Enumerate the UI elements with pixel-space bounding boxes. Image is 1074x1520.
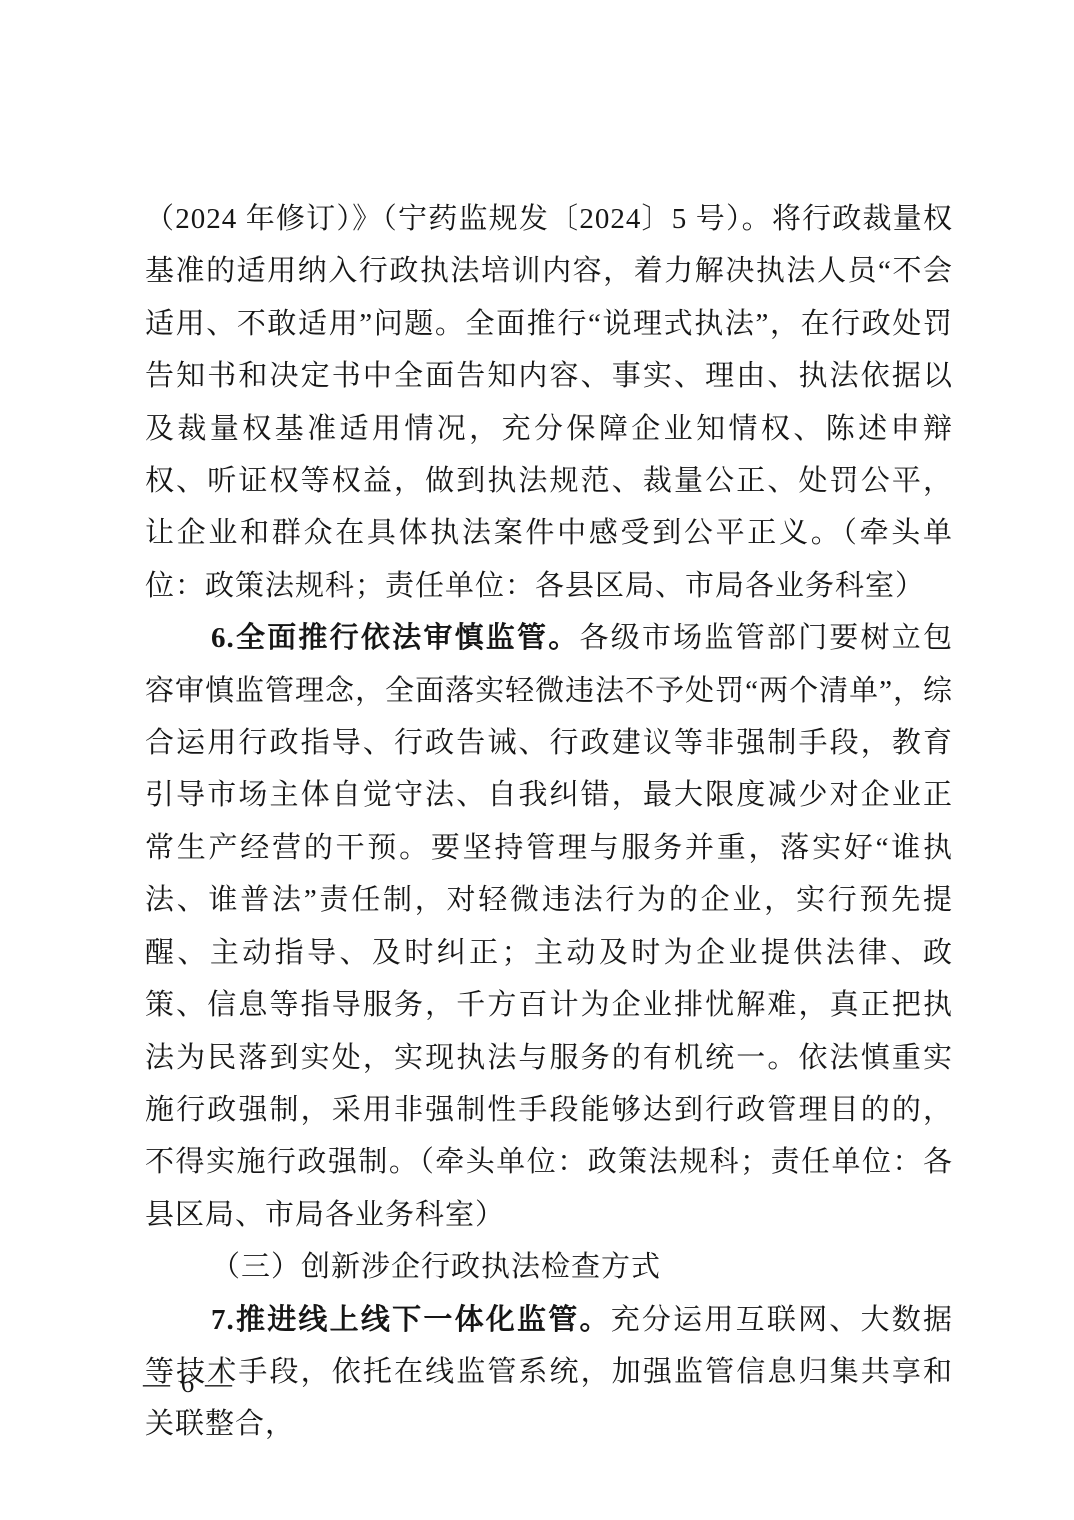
paragraph-continuation: （2024 年修订）》（宁药监规发〔2024〕5 号）。将行政裁量权基准的适用纳… (145, 193, 953, 612)
item-6-body: 各级市场监管部门要树立包容审慎监管理念，全面落实轻微违法不予处罚“两个清单”，综… (145, 622, 953, 1230)
paragraph-item-6: 6.全面推行依法审慎监管。各级市场监管部门要树立包容审慎监管理念，全面落实轻微违… (145, 612, 953, 1241)
item-7-heading: 7.推进线上线下一体化监管。 (211, 1304, 611, 1336)
document-body: （2024 年修订）》（宁药监规发〔2024〕5 号）。将行政裁量权基准的适用纳… (145, 193, 953, 1451)
document-page: （2024 年修订）》（宁药监规发〔2024〕5 号）。将行政裁量权基准的适用纳… (0, 0, 1074, 1520)
paragraph-item-7: 7.推进线上线下一体化监管。充分运用互联网、大数据等技术手段，依托在线监管系统，… (145, 1294, 953, 1451)
page-number: — 6 — (143, 1368, 234, 1399)
item-6-heading: 6.全面推行依法审慎监管。 (211, 622, 579, 654)
subsection-3-heading: （三）创新涉企行政执法检查方式 (145, 1241, 953, 1293)
